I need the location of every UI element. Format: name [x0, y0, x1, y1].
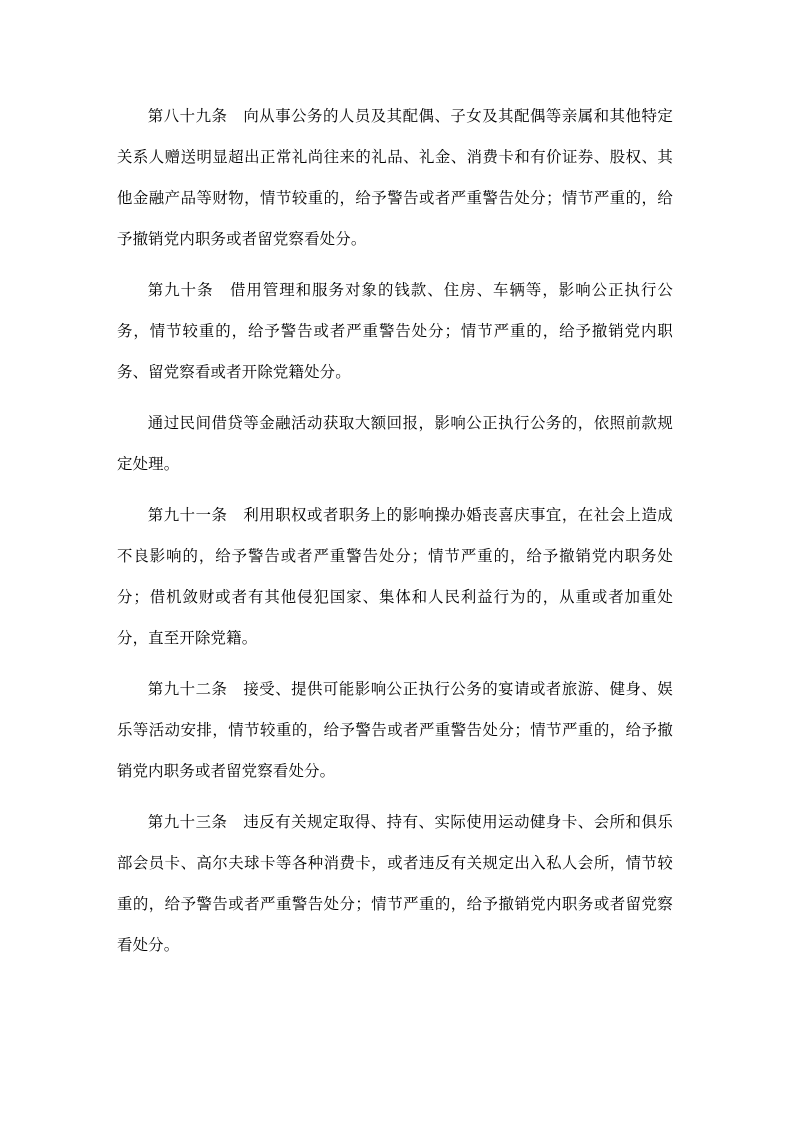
document-body: 第八十九条 向从事公务的人员及其配偶、子女及其配偶等亲属和其他特定关系人赠送明显…: [117, 96, 673, 966]
paragraph-article-91: 第九十一条 利用职权或者职务上的影响操办婚丧喜庆事宜，在社会上造成不良影响的，给…: [117, 495, 673, 659]
paragraph-article-90: 第九十条 借用管理和服务对象的钱款、住房、车辆等，影响公正执行公务，情节较重的，…: [117, 270, 673, 393]
paragraph-article-90-clause-2: 通过民间借贷等金融活动获取大额回报，影响公正执行公务的，依照前款规定处理。: [117, 403, 673, 485]
paragraph-article-93: 第九十三条 违反有关规定取得、持有、实际使用运动健身卡、会所和俱乐部会员卡、高尔…: [117, 802, 673, 966]
paragraph-article-89: 第八十九条 向从事公务的人员及其配偶、子女及其配偶等亲属和其他特定关系人赠送明显…: [117, 96, 673, 260]
paragraph-article-92: 第九十二条 接受、提供可能影响公正执行公务的宴请或者旅游、健身、娱乐等活动安排，…: [117, 669, 673, 792]
document-page: 第八十九条 向从事公务的人员及其配偶、子女及其配偶等亲属和其他特定关系人赠送明显…: [0, 0, 793, 1122]
